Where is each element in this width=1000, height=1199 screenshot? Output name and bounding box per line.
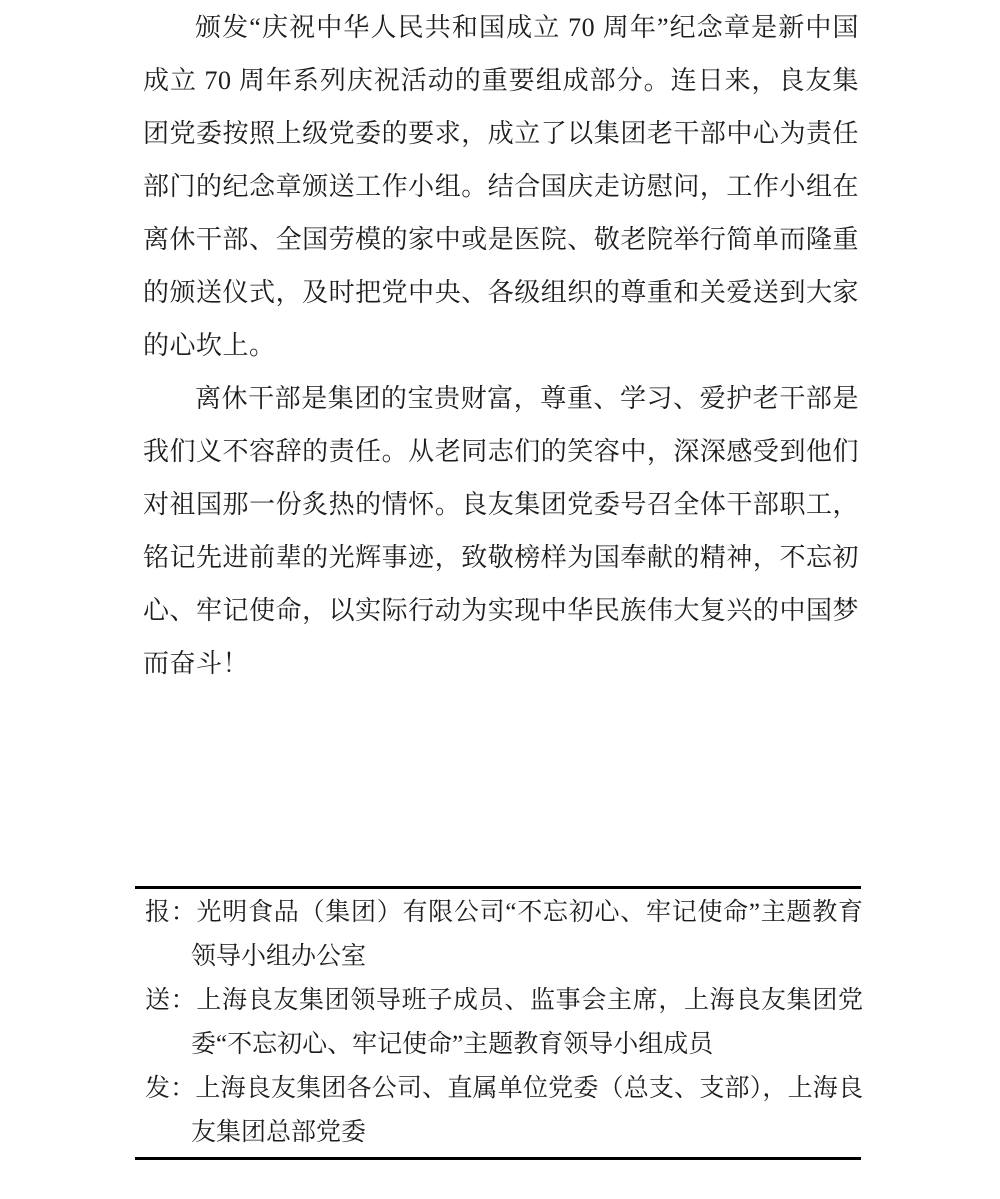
distribution-entry-bao: 报：光明食品（集团）有限公司“不忘初心、牢记使命”主题教育领导小组办公室 bbox=[145, 891, 863, 979]
distribution-entry-song: 送：上海良友集团领导班子成员、监事会主席，上海良友集团党委“不忘初心、牢记使命”… bbox=[145, 979, 863, 1067]
distribution-entry-fa: 发：上海良友集团各公司、直属单位党委（总支、支部），上海良友集团总部党委 bbox=[145, 1067, 863, 1155]
distribution-label-fa: 发： bbox=[145, 1075, 195, 1102]
distribution-text-fa: 上海良友集团各公司、直属单位党委（总支、支部），上海良友集团总部党委 bbox=[191, 1075, 863, 1146]
document-page: 颁发“庆祝中华人民共和国成立 70 周年”纪念章是新中国成立 70 周年系列庆祝… bbox=[0, 0, 1000, 1199]
distribution-label-bao: 报： bbox=[145, 899, 197, 926]
distribution-label-song: 送： bbox=[145, 987, 196, 1014]
body-paragraph-1: 颁发“庆祝中华人民共和国成立 70 周年”纪念章是新中国成立 70 周年系列庆祝… bbox=[143, 1, 859, 372]
distribution-list: 报：光明食品（集团）有限公司“不忘初心、牢记使命”主题教育领导小组办公室 送：上… bbox=[145, 891, 863, 1155]
distribution-text-song: 上海良友集团领导班子成员、监事会主席，上海良友集团党委“不忘初心、牢记使命”主题… bbox=[191, 987, 863, 1058]
body-paragraph-2: 离休干部是集团的宝贵财富，尊重、学习、爱护老干部是我们义不容辞的责任。从老同志们… bbox=[143, 372, 859, 690]
distribution-text-bao: 光明食品（集团）有限公司“不忘初心、牢记使命”主题教育领导小组办公室 bbox=[191, 899, 863, 970]
separator-rule-bottom bbox=[135, 1157, 861, 1160]
document-body: 颁发“庆祝中华人民共和国成立 70 周年”纪念章是新中国成立 70 周年系列庆祝… bbox=[143, 1, 859, 690]
separator-rule-top bbox=[135, 886, 861, 889]
